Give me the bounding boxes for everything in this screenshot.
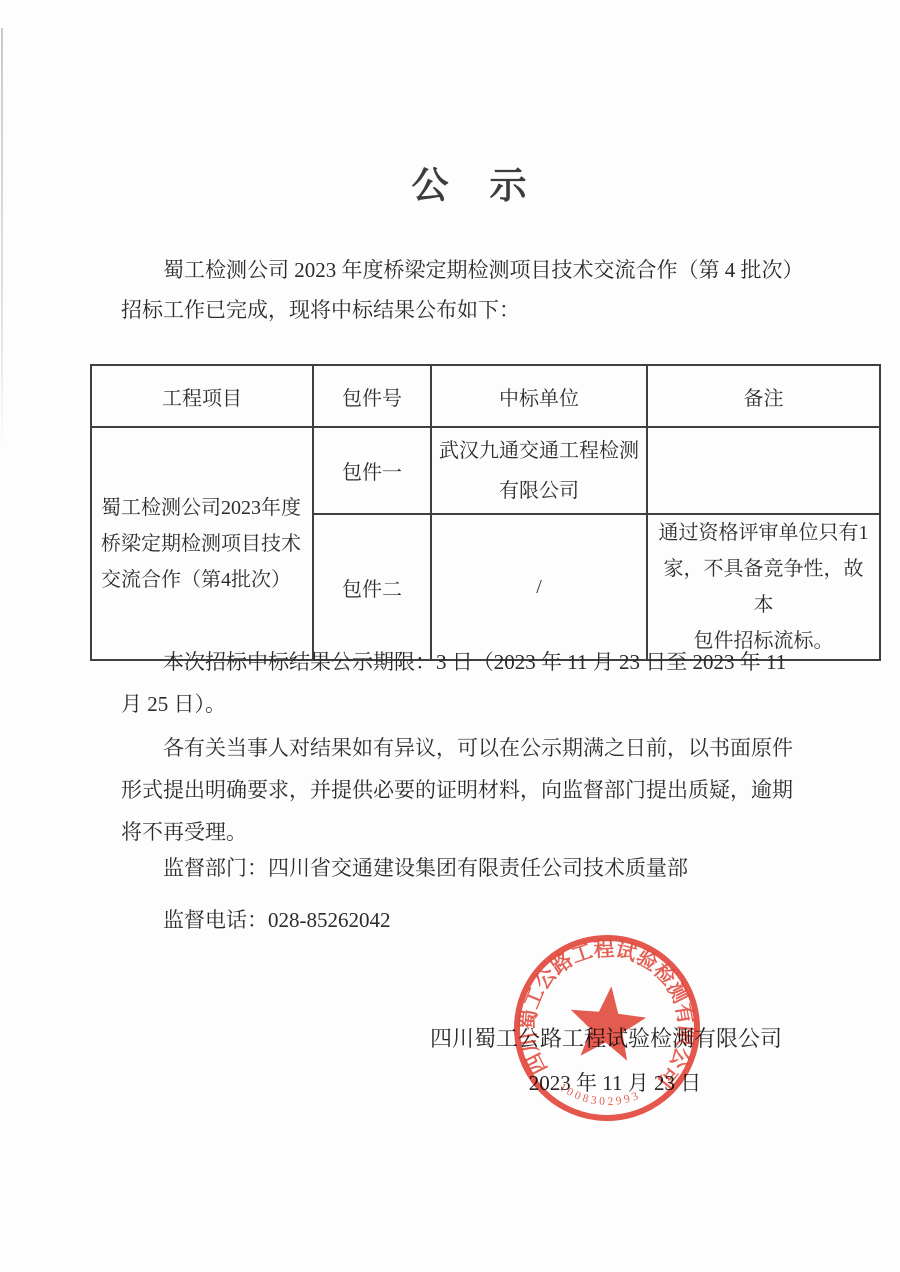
signature-company: 四川蜀工公路工程试验检测有限公司 xyxy=(430,1024,782,1054)
winner-1-cell: 武汉九通交通工程检测 有限公司 xyxy=(431,427,647,514)
project-line-1: 蜀工检测公司2023年度 xyxy=(101,490,306,526)
winner-1-line-2: 有限公司 xyxy=(438,471,640,511)
page-title: 公 示 xyxy=(130,165,810,209)
objection-line-3: 将不再受理。 xyxy=(121,817,811,847)
header-remark: 备注 xyxy=(647,365,880,427)
objection-line-1: 各有关当事人对结果如有异议，可以在公示期满之日前，以书面原件 xyxy=(163,733,853,763)
package-2-cell: 包件二 xyxy=(313,514,431,660)
project-name-cell: 蜀工检测公司2023年度 桥梁定期检测项目技术 交流合作（第4批次） xyxy=(91,427,313,660)
project-line-2: 桥梁定期检测项目技术 xyxy=(101,526,306,562)
signature-date: 2023 年 11 月 23 日 xyxy=(440,1068,790,1098)
winner-2-cell: / xyxy=(431,514,647,660)
remark-1-cell xyxy=(647,427,880,514)
table-row: 蜀工检测公司2023年度 桥梁定期检测项目技术 交流合作（第4批次） 包件一 武… xyxy=(91,427,880,514)
remark-2-line-1: 通过资格评审单位只有1 xyxy=(654,515,873,551)
header-package: 包件号 xyxy=(313,365,431,427)
intro-line-1: 蜀工检测公司 2023 年度桥梁定期检测项目技术交流合作（第 4 批次） xyxy=(163,255,853,285)
objection-line-2: 形式提出明确要求，并提供必要的证明材料，向监督部门提出质疑，逾期 xyxy=(121,775,811,805)
package-1-cell: 包件一 xyxy=(313,427,431,514)
bid-results-table: 工程项目 包件号 中标单位 备注 蜀工检测公司2023年度 桥梁定期检测项目技术… xyxy=(90,364,881,661)
phone-line: 监督电话：028-85262042 xyxy=(163,905,853,935)
remark-2-cell: 通过资格评审单位只有1 家，不具备竞争性，故本 包件招标流标。 xyxy=(647,514,880,660)
project-line-3: 交流合作（第4批次） xyxy=(101,562,306,598)
supervisor-line: 监督部门：四川省交通建设集团有限责任公司技术质量部 xyxy=(163,853,853,883)
header-winner: 中标单位 xyxy=(431,365,647,427)
period-line-1: 本次招标中标结果公示期限：3 日（2023 年 11 月 23 日至 2023 … xyxy=(163,647,853,677)
header-project: 工程项目 xyxy=(91,365,313,427)
remark-2-line-2: 家，不具备竞争性，故本 xyxy=(654,551,873,623)
period-line-2: 月 25 日）。 xyxy=(121,689,811,719)
scan-edge-artifact xyxy=(1,28,3,448)
table-header-row: 工程项目 包件号 中标单位 备注 xyxy=(91,365,880,427)
announcement-document: 公 示 蜀工检测公司 2023 年度桥梁定期检测项目技术交流合作（第 4 批次）… xyxy=(0,0,900,1272)
winner-1-line-1: 武汉九通交通工程检测 xyxy=(438,431,640,471)
intro-line-2: 招标工作已完成，现将中标结果公布如下： xyxy=(121,295,811,325)
